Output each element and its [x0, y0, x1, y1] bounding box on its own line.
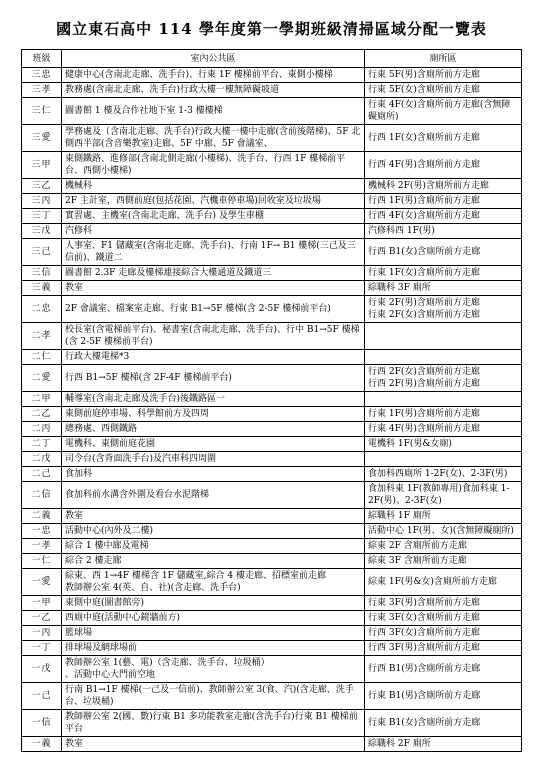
area-cell: 東側鐵路、進修部(含南北側走廊(小樓梯)、洗手台、行西 1F 樓梯前平台、西側小…: [62, 152, 365, 179]
area-cell: 排球場及網球場前: [62, 641, 365, 656]
toilet-cell: 行東 5F(男)含廁所前方走廊: [365, 68, 522, 83]
table-row: 一乙西廁中庭(活動中心鏡牆前方)行東 3F(女)含廁所前方走廊: [22, 611, 522, 626]
area-cell: 行南 B1→1F 樓梯(一己及一信前)、教師辦公室 3(食、汽)(含走廊、洗手台…: [62, 683, 365, 710]
class-cell: 一信: [22, 710, 62, 737]
area-cell: 行西 B1→5F 樓梯(含 2F-4F 樓梯前平台): [62, 365, 365, 392]
toilet-cell: 綜職科 1F 廁所: [365, 509, 522, 524]
cleaning-assignment-table: 班級 室內公共區 廁所區 三忠健康中心(含南北走廊、洗手台)、行東 1F 樓梯前…: [21, 49, 522, 752]
class-cell: 三己: [22, 239, 62, 266]
table-row: 三己人事室、F1 儲藏室(含南北走廊、洗手台)、行南 1F→ B1 樓梯(三己及…: [22, 239, 522, 266]
table-row: 三戊汽修科汽修科西 1F(男): [22, 224, 522, 239]
class-cell: 三愛: [22, 125, 62, 152]
class-cell: 二戊: [22, 452, 62, 467]
class-cell: 三義: [22, 281, 62, 296]
table-row: 一忠活動中心(內外及二樓)活動中心 1F(男、女)(含無障礙廁所): [22, 524, 522, 539]
table-row: 一孝綜合 1 樓中廊及電梯綜東 2F 含廁所前方走廊: [22, 539, 522, 554]
table-row: 三忠健康中心(含南北走廊、洗手台)、行東 1F 樓梯前平台、東側小樓梯行東 5F…: [22, 68, 522, 83]
toilet-cell: 行西 2F(女)含廁所前方走廊 行西 2F(男)含廁所前方走廊: [365, 365, 522, 392]
class-cell: 一己: [22, 683, 62, 710]
toilet-cell: 行西 B1(女)含廁所前方走廊: [365, 239, 522, 266]
class-cell: 二義: [22, 509, 62, 524]
area-cell: 人事室、F1 儲藏室(含南北走廊、洗手台)、行南 1F→ B1 樓梯(三己及三信…: [62, 239, 365, 266]
area-cell: 教師辦公室 2(國、數)行東 B1 多功能教室走廊(含洗手台)行東 B1 樓梯前…: [62, 710, 365, 737]
toilet-cell: [365, 350, 522, 365]
table-row: 一信教師辦公室 2(國、數)行東 B1 多功能教室走廊(含洗手台)行東 B1 樓…: [22, 710, 522, 737]
table-row: 三仁圖書館 1 樓及合作社地下室 1-3 樓樓梯行東 4F(女)含廁所前方走廊(…: [22, 98, 522, 125]
toilet-cell: 行東 3F(男)含廁所前方走廊: [365, 596, 522, 611]
toilet-cell: 綜東 3F 含廁所前方走廊: [365, 554, 522, 569]
table-row: 三孝教務處(含南北走廊、洗手台)行政大樓一樓無障礙坡道行東 5F(女)含廁所前方…: [22, 83, 522, 98]
table-row: 一丙籃球場行西 3F(女)含廁所前方走廊: [22, 626, 522, 641]
toilet-cell: 行西 3F(男)含廁所前方走廊: [365, 641, 522, 656]
class-cell: 一戊: [22, 656, 62, 683]
class-cell: 三乙: [22, 179, 62, 194]
table-row: 三愛學務處及（含南北走廊、洗手台)行政大樓一樓中走廊(含前後階梯)、5F 北側西…: [22, 125, 522, 152]
class-cell: 三丙: [22, 194, 62, 209]
area-cell: 2F 會議室、檔案室走廊、行東 B1→5F 樓梯(含 2-5F 樓梯前平台): [62, 296, 365, 323]
class-cell: 一丁: [22, 641, 62, 656]
toilet-cell: [365, 452, 522, 467]
table-row: 二信食加科前水溝含外圍及看台水泥階梯食加科東 1F(教師專用)食加科東 1-2F…: [22, 482, 522, 509]
table-row: 二孝校長室(含電梯前平台)、秘書室(含南北走廊、洗手台)、行中 B1→5F 樓梯…: [22, 323, 522, 350]
table-row: 三丁實習處、主機室(含南北走廊、洗手台) 及學生車棚行西 4F(女)含廁所前方走…: [22, 209, 522, 224]
table-row: 三丙2F 主計室，西側前庭(包括花園、汽機車停車場)回收室及垃圾場行西 1F(男…: [22, 194, 522, 209]
class-cell: 二愛: [22, 365, 62, 392]
area-cell: 圖書館 2.3F 走廊及樓梯連接綜合大樓通道及鐵道三: [62, 266, 365, 281]
class-cell: 二信: [22, 482, 62, 509]
toilet-cell: 食加科西廁所 1-2F(女)、2-3F(男): [365, 467, 522, 482]
header-row: 班級 室內公共區 廁所區: [22, 50, 522, 68]
area-cell: 汽修科: [62, 224, 365, 239]
area-cell: 籃球場: [62, 626, 365, 641]
table-row: 二甲輔導室(含南北走廊及洗手台)後鐵路區一: [22, 392, 522, 407]
class-cell: 二丙: [22, 422, 62, 437]
table-row: 二仁行政大樓電梯*3: [22, 350, 522, 365]
toilet-cell: 行東 4F(女)含廁所前方走廊(含無障礙廁所): [365, 98, 522, 125]
toilet-cell: 活動中心 1F(男、女)(含無障礙廁所): [365, 524, 522, 539]
toilet-cell: 食加科東 1F(教師專用)食加科東 1-2F(男)、2-3F(女): [365, 482, 522, 509]
class-cell: 三丁: [22, 209, 62, 224]
table-row: 一甲東側中庭(圖書館旁)行東 3F(男)含廁所前方走廊: [22, 596, 522, 611]
area-cell: 西廁中庭(活動中心鏡牆前方): [62, 611, 365, 626]
class-cell: 三仁: [22, 98, 62, 125]
area-cell: 食加科前水溝含外圍及看台水泥階梯: [62, 482, 365, 509]
area-cell: 機械科: [62, 179, 365, 194]
class-cell: 二仁: [22, 350, 62, 365]
page-title: 國立東石高中 114 學年度第一學期班級清掃區域分配一覽表: [0, 18, 543, 39]
toilet-cell: 行東 3F(女)含廁所前方走廊: [365, 611, 522, 626]
table-row: 二義教室綜職科 1F 廁所: [22, 509, 522, 524]
toilet-cell: 行東 B1(男)含廁所前方走廊: [365, 683, 522, 710]
class-cell: 三戊: [22, 224, 62, 239]
class-cell: 一乙: [22, 611, 62, 626]
header-toilet-area: 廁所區: [365, 50, 522, 68]
class-cell: 一丙: [22, 626, 62, 641]
class-cell: 二乙: [22, 407, 62, 422]
toilet-cell: 行西 B1(男)含廁所前方走廊: [365, 656, 522, 683]
area-cell: 電機科、東側前庭花園: [62, 437, 365, 452]
toilet-cell: 行東 5F(女)含廁所前方走廊: [365, 83, 522, 98]
class-cell: 三孝: [22, 83, 62, 98]
class-cell: 二甲: [22, 392, 62, 407]
area-cell: 教室: [62, 281, 365, 296]
toilet-cell: 綜職科 2F 廁所: [365, 737, 522, 752]
toilet-cell: 綜職科 3F 廁所: [365, 281, 522, 296]
toilet-cell: 行西 3F(女)含廁所前方走廊: [365, 626, 522, 641]
area-cell: 東側前庭停車場、科學館前方及四周: [62, 407, 365, 422]
toilet-cell: 行西 1F(男)含廁所前方走廊: [365, 194, 522, 209]
toilet-cell: 行西 4F(男)含廁所前方走廊: [365, 152, 522, 179]
table-row: 二愛行西 B1→5F 樓梯(含 2F-4F 樓梯前平台)行西 2F(女)含廁所前…: [22, 365, 522, 392]
area-cell: 輔導室(含南北走廊及洗手台)後鐵路區一: [62, 392, 365, 407]
area-cell: 教室: [62, 509, 365, 524]
area-cell: 校長室(含電梯前平台)、秘書室(含南北走廊、洗手台)、行中 B1→5F 樓梯(含…: [62, 323, 365, 350]
area-cell: 總務處、西側鐵路: [62, 422, 365, 437]
table-row: 一義教室綜職科 2F 廁所: [22, 737, 522, 752]
table-body: 三忠健康中心(含南北走廊、洗手台)、行東 1F 樓梯前平台、東側小樓梯行東 5F…: [22, 68, 522, 752]
area-cell: 圖書館 1 樓及合作社地下室 1-3 樓樓梯: [62, 98, 365, 125]
area-cell: 學務處及（含南北走廊、洗手台)行政大樓一樓中走廊(含前後階梯)、5F 北側西半部…: [62, 125, 365, 152]
area-cell: 綜合 1 樓中廊及電梯: [62, 539, 365, 554]
class-cell: 一孝: [22, 539, 62, 554]
table-row: 一己行南 B1→1F 樓梯(一己及一信前)、教師辦公室 3(食、汽)(含走廊、洗…: [22, 683, 522, 710]
area-cell: 教師辦公室 1(藝、電)（含走廊、洗手台、垃圾桶） 、活動中心大門前空地: [62, 656, 365, 683]
area-cell: 東側中庭(圖書館旁): [62, 596, 365, 611]
area-cell: 2F 主計室，西側前庭(包括花園、汽機車停車場)回收室及垃圾場: [62, 194, 365, 209]
class-cell: 三忠: [22, 68, 62, 83]
table-row: 二戊司令台(含背面洗手台)及汽車科四周圍: [22, 452, 522, 467]
class-cell: 二丁: [22, 437, 62, 452]
class-cell: 二忠: [22, 296, 62, 323]
table-row: 二丁電機科、東側前庭花園電機科 1F(男&女廁): [22, 437, 522, 452]
toilet-cell: 行東 1F(女)含廁所前方走廊: [365, 266, 522, 281]
toilet-cell: 機械科 2F(男)含廁所前方走廊: [365, 179, 522, 194]
class-cell: 一甲: [22, 596, 62, 611]
area-cell: 綜合 2 樓走廊: [62, 554, 365, 569]
area-cell: 教室: [62, 737, 365, 752]
table-row: 一戊教師辦公室 1(藝、電)（含走廊、洗手台、垃圾桶） 、活動中心大門前空地行西…: [22, 656, 522, 683]
toilet-cell: [365, 392, 522, 407]
header-indoor-public-area: 室內公共區: [62, 50, 365, 68]
class-cell: 二孝: [22, 323, 62, 350]
area-cell: 司令台(含背面洗手台)及汽車科四周圍: [62, 452, 365, 467]
area-cell: 健康中心(含南北走廊、洗手台)、行東 1F 樓梯前平台、東側小樓梯: [62, 68, 365, 83]
area-cell: 行政大樓電梯*3: [62, 350, 365, 365]
table-row: 三乙機械科機械科 2F(男)含廁所前方走廊: [22, 179, 522, 194]
table-row: 一愛綜東、西 1→4F 樓梯含 1F 儲藏室,綜合 4 樓走廊、招標室前走廊 教…: [22, 569, 522, 596]
class-cell: 一愛: [22, 569, 62, 596]
toilet-cell: 行東 2F(男)含廁所前方走廊 行東 2F(女)含廁所前方走廊: [365, 296, 522, 323]
class-cell: 二己: [22, 467, 62, 482]
area-cell: 綜東、西 1→4F 樓梯含 1F 儲藏室,綜合 4 樓走廊、招標室前走廊 教師辦…: [62, 569, 365, 596]
toilet-cell: 綜東 1F(男&女)含廁所前方走廊: [365, 569, 522, 596]
toilet-cell: 電機科 1F(男&女廁): [365, 437, 522, 452]
table-row: 二乙東側前庭停車場、科學館前方及四周行東 1F(男)含廁所前方走廊: [22, 407, 522, 422]
table-row: 一丁排球場及網球場前行西 3F(男)含廁所前方走廊: [22, 641, 522, 656]
document-page: 國立東石高中 114 學年度第一學期班級清掃區域分配一覽表 班級 室內公共區 廁…: [0, 0, 543, 768]
class-cell: 一義: [22, 737, 62, 752]
class-cell: 三甲: [22, 152, 62, 179]
table-row: 二忠2F 會議室、檔案室走廊、行東 B1→5F 樓梯(含 2-5F 樓梯前平台)…: [22, 296, 522, 323]
table-row: 三甲東側鐵路、進修部(含南北側走廊(小樓梯)、洗手台、行西 1F 樓梯前平台、西…: [22, 152, 522, 179]
toilet-cell: 行西 4F(女)含廁所前方走廊: [365, 209, 522, 224]
area-cell: 實習處、主機室(含南北走廊、洗手台) 及學生車棚: [62, 209, 365, 224]
toilet-cell: 汽修科西 1F(男): [365, 224, 522, 239]
class-cell: 一忠: [22, 524, 62, 539]
class-cell: 三信: [22, 266, 62, 281]
area-cell: 教務處(含南北走廊、洗手台)行政大樓一樓無障礙坡道: [62, 83, 365, 98]
toilet-cell: 行西 1F(女)含廁所前方走廊: [365, 125, 522, 152]
toilet-cell: 綜東 2F 含廁所前方走廊: [365, 539, 522, 554]
toilet-cell: [365, 323, 522, 350]
header-class: 班級: [22, 50, 62, 68]
class-cell: 一仁: [22, 554, 62, 569]
table-row: 二己食加科食加科西廁所 1-2F(女)、2-3F(男): [22, 467, 522, 482]
toilet-cell: 行東 1F(男)含廁所前方走廊: [365, 407, 522, 422]
toilet-cell: 行東 B1(女)含廁所前方走廊: [365, 710, 522, 737]
table-row: 三義教室綜職科 3F 廁所: [22, 281, 522, 296]
table-row: 二丙總務處、西側鐵路行東 4F(男)含廁所前方走廊: [22, 422, 522, 437]
toilet-cell: 行東 4F(男)含廁所前方走廊: [365, 422, 522, 437]
table-row: 三信圖書館 2.3F 走廊及樓梯連接綜合大樓通道及鐵道三行東 1F(女)含廁所前…: [22, 266, 522, 281]
table-row: 一仁綜合 2 樓走廊綜東 3F 含廁所前方走廊: [22, 554, 522, 569]
area-cell: 活動中心(內外及二樓): [62, 524, 365, 539]
area-cell: 食加科: [62, 467, 365, 482]
